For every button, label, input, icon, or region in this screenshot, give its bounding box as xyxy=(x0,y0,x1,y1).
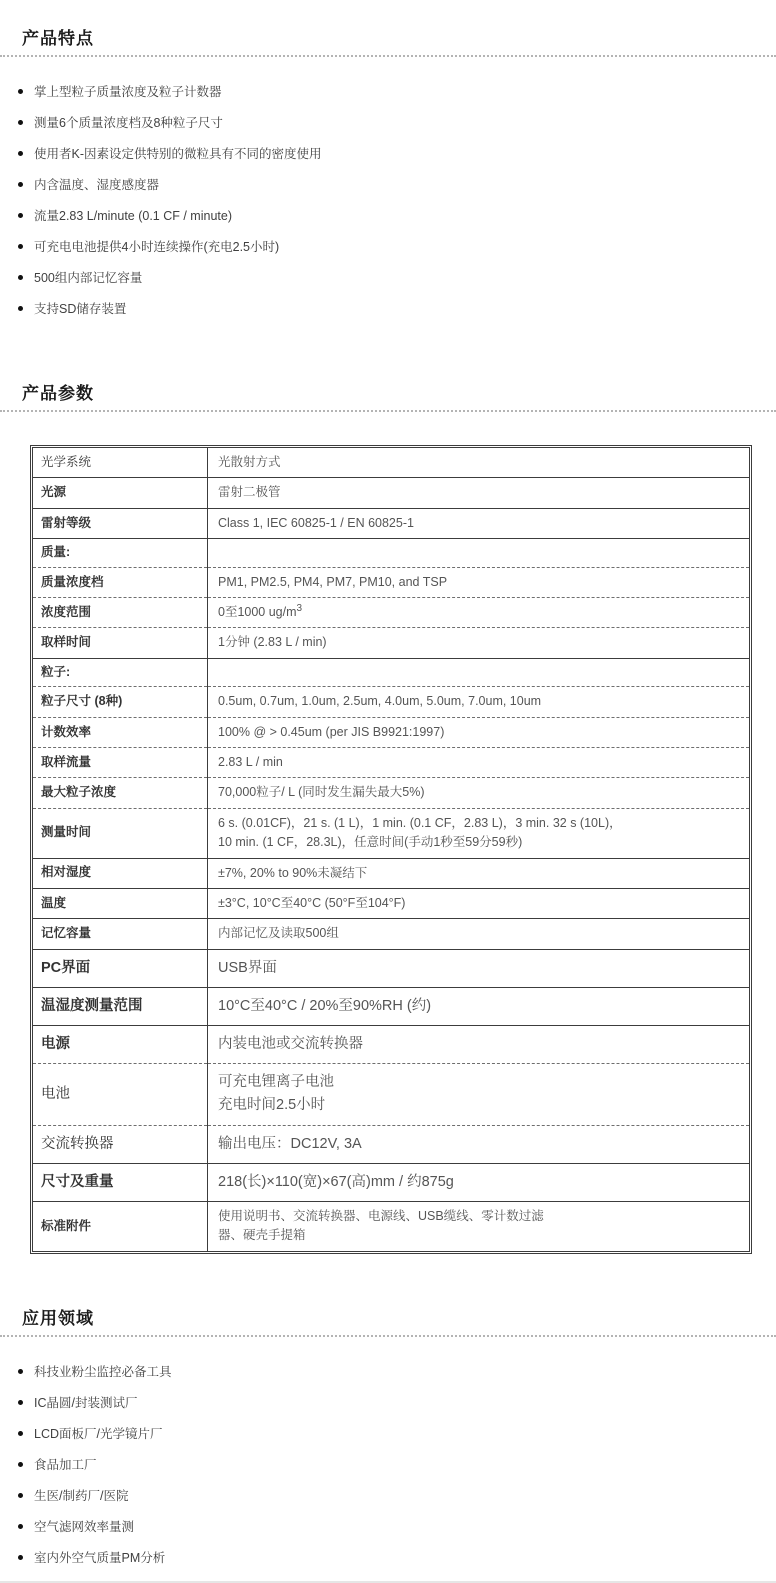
spec-value xyxy=(208,658,750,687)
spec-label: 电源 xyxy=(33,1026,208,1064)
spec-row: 计数效率100% @ > 0.45um (per JIS B9921:1997) xyxy=(33,717,750,747)
bullet-icon xyxy=(18,1462,23,1467)
spec-label: 光源 xyxy=(33,478,208,508)
spec-label: 取样时间 xyxy=(33,628,208,658)
section-applications: 应用领域 科技业粉尘监控必备工具IC晶圆/封装测试厂LCD面板厂/光学镜片厂食品… xyxy=(0,1304,776,1566)
list-item: 内含温度、湿度感度器 xyxy=(18,177,776,193)
list-item-text: 使用者K-因素设定供特别的微粒具有不同的密度使用 xyxy=(34,146,322,162)
specs-title: 产品参数 xyxy=(22,379,776,404)
spec-row: 标准附件使用说明书、交流转换器、电源线、USB缆线、零计数过滤器、硬壳手提箱 xyxy=(33,1201,750,1251)
bullet-icon xyxy=(18,182,23,187)
spec-table-frame: 光学系统光散射方式光源雷射二极管雷射等级Class 1, IEC 60825-1… xyxy=(30,445,752,1254)
spec-row: 尺寸及重量218(长)×110(宽)×67(高)mm / 约875g xyxy=(33,1163,750,1201)
list-item-text: 科技业粉尘监控必备工具 xyxy=(34,1364,172,1380)
spec-label: 计数效率 xyxy=(33,717,208,747)
spec-label: 雷射等级 xyxy=(33,508,208,538)
list-item-text: 掌上型粒子质量浓度及粒子计数器 xyxy=(34,84,222,100)
spec-label: 粒子尺寸 (8种) xyxy=(33,687,208,717)
features-list: 掌上型粒子质量浓度及粒子计数器测量6个质量浓度档及8种粒子尺寸使用者K-因素设定… xyxy=(0,84,776,317)
section-specs: 产品参数 光学系统光散射方式光源雷射二极管雷射等级Class 1, IEC 60… xyxy=(0,379,776,1254)
specs-header: 产品参数 xyxy=(0,379,776,412)
section-features: 产品特点 掌上型粒子质量浓度及粒子计数器测量6个质量浓度档及8种粒子尺寸使用者K… xyxy=(0,24,776,317)
spec-value: 输出电压：DC12V, 3A xyxy=(208,1125,750,1163)
spec-value: 2.83 L / min xyxy=(208,748,750,778)
applications-list: 科技业粉尘监控必备工具IC晶圆/封装测试厂LCD面板厂/光学镜片厂食品加工厂生医… xyxy=(0,1364,776,1566)
spec-value: USB界面 xyxy=(208,949,750,987)
list-item-text: LCD面板厂/光学镜片厂 xyxy=(34,1426,162,1442)
list-item: 科技业粉尘监控必备工具 xyxy=(18,1364,776,1380)
bullet-icon xyxy=(18,1555,23,1560)
list-item-text: 食品加工厂 xyxy=(34,1457,97,1473)
bullet-icon xyxy=(18,213,23,218)
spec-label: 温湿度测量范围 xyxy=(33,987,208,1025)
list-item-text: 测量6个质量浓度档及8种粒子尺寸 xyxy=(34,115,223,131)
spec-value: 10°C至40°C / 20%至90%RH (约) xyxy=(208,987,750,1025)
spec-value: Class 1, IEC 60825-1 / EN 60825-1 xyxy=(208,508,750,538)
list-item-text: 支持SD储存装置 xyxy=(34,301,126,317)
bullet-icon xyxy=(18,120,23,125)
list-item: 测量6个质量浓度档及8种粒子尺寸 xyxy=(18,115,776,131)
spec-label: 温度 xyxy=(33,888,208,918)
spec-row: 粒子尺寸 (8种)0.5um, 0.7um, 1.0um, 2.5um, 4.0… xyxy=(33,687,750,717)
spec-value: 70,000粒子/ L (同时发生漏失最大5%) xyxy=(208,778,750,808)
spec-label: 质量: xyxy=(33,539,208,568)
spec-value: 218(长)×110(宽)×67(高)mm / 约875g xyxy=(208,1163,750,1201)
spec-value xyxy=(208,539,750,568)
list-item-text: 室内外空气质量PM分析 xyxy=(34,1550,165,1566)
spec-value: 内装电池或交流转换器 xyxy=(208,1026,750,1064)
spec-value: ±7%, 20% to 90%未凝结下 xyxy=(208,858,750,888)
spec-label: 尺寸及重量 xyxy=(33,1163,208,1201)
spec-value: 1分钟 (2.83 L / min) xyxy=(208,628,750,658)
spec-label: 交流转换器 xyxy=(33,1125,208,1163)
superscript: 3 xyxy=(297,603,303,614)
applications-title: 应用领域 xyxy=(22,1304,776,1329)
spec-label: 质量浓度档 xyxy=(33,567,208,597)
spec-row: 质量: xyxy=(33,539,750,568)
list-item: 500组内部记忆容量 xyxy=(18,270,776,286)
spec-label: 相对湿度 xyxy=(33,858,208,888)
list-item: 室内外空气质量PM分析 xyxy=(18,1550,776,1566)
spec-row: 测量时间6 s. (0.01CF)，21 s. (1 L)，1 min. (0.… xyxy=(33,808,750,858)
spec-row: 最大粒子浓度70,000粒子/ L (同时发生漏失最大5%) xyxy=(33,778,750,808)
spec-value: 0.5um, 0.7um, 1.0um, 2.5um, 4.0um, 5.0um… xyxy=(208,687,750,717)
spec-row: 光源雷射二极管 xyxy=(33,478,750,508)
list-item-text: 流量2.83 L/minute (0.1 CF / minute) xyxy=(34,208,232,224)
spec-value: 雷射二极管 xyxy=(208,478,750,508)
list-item: IC晶圆/封装测试厂 xyxy=(18,1395,776,1411)
spec-value: 6 s. (0.01CF)，21 s. (1 L)，1 min. (0.1 CF… xyxy=(208,808,750,858)
bullet-icon xyxy=(18,275,23,280)
applications-header: 应用领域 xyxy=(0,1304,776,1337)
spec-value: 100% @ > 0.45um (per JIS B9921:1997) xyxy=(208,717,750,747)
spec-value: 可充电锂离子电池充电时间2.5小时 xyxy=(208,1064,750,1125)
spec-value: 0至1000 ug/m3 xyxy=(208,598,750,628)
spec-row: 电源内装电池或交流转换器 xyxy=(33,1026,750,1064)
spec-row: 取样流量2.83 L / min xyxy=(33,748,750,778)
spec-value: 内部记忆及读取500组 xyxy=(208,919,750,949)
bullet-icon xyxy=(18,1524,23,1529)
spec-row: 相对湿度±7%, 20% to 90%未凝结下 xyxy=(33,858,750,888)
spec-row: 记忆容量内部记忆及读取500组 xyxy=(33,919,750,949)
list-item-text: 可充电电池提供4小时连续操作(充电2.5小时) xyxy=(34,239,279,255)
spec-value: 使用说明书、交流转换器、电源线、USB缆线、零计数过滤器、硬壳手提箱 xyxy=(208,1201,750,1251)
spec-label: 测量时间 xyxy=(33,808,208,858)
list-item: 食品加工厂 xyxy=(18,1457,776,1473)
bullet-icon xyxy=(18,1493,23,1498)
spec-row: 浓度范围0至1000 ug/m3 xyxy=(33,598,750,628)
spec-row: 电池可充电锂离子电池充电时间2.5小时 xyxy=(33,1064,750,1125)
spec-label: 电池 xyxy=(33,1064,208,1125)
spec-row: 取样时间1分钟 (2.83 L / min) xyxy=(33,628,750,658)
list-item: 可充电电池提供4小时连续操作(充电2.5小时) xyxy=(18,239,776,255)
spec-row: 温湿度测量范围10°C至40°C / 20%至90%RH (约) xyxy=(33,987,750,1025)
list-item: 使用者K-因素设定供特别的微粒具有不同的密度使用 xyxy=(18,146,776,162)
list-item-text: 500组内部记忆容量 xyxy=(34,270,142,286)
list-item: 生医/制药厂/医院 xyxy=(18,1488,776,1504)
spec-label: 浓度范围 xyxy=(33,598,208,628)
list-item: 流量2.83 L/minute (0.1 CF / minute) xyxy=(18,208,776,224)
spec-row: 质量浓度档PM1, PM2.5, PM4, PM7, PM10, and TSP xyxy=(33,567,750,597)
spec-label: PC界面 xyxy=(33,949,208,987)
spec-row: PC界面USB界面 xyxy=(33,949,750,987)
features-header: 产品特点 xyxy=(0,24,776,57)
spec-label: 标准附件 xyxy=(33,1201,208,1251)
spec-table: 光学系统光散射方式光源雷射二极管雷射等级Class 1, IEC 60825-1… xyxy=(32,447,750,1252)
spec-row: 交流转换器输出电压：DC12V, 3A xyxy=(33,1125,750,1163)
bullet-icon xyxy=(18,1431,23,1436)
bullet-icon xyxy=(18,151,23,156)
list-item: 支持SD储存装置 xyxy=(18,301,776,317)
features-title: 产品特点 xyxy=(22,24,776,49)
spec-row: 光学系统光散射方式 xyxy=(33,448,750,478)
bullet-icon xyxy=(18,89,23,94)
spec-value: 光散射方式 xyxy=(208,448,750,478)
list-item-text: IC晶圆/封装测试厂 xyxy=(34,1395,137,1411)
product-detail-page: 产品特点 掌上型粒子质量浓度及粒子计数器测量6个质量浓度档及8种粒子尺寸使用者K… xyxy=(0,0,776,1583)
list-item: 空气滤网效率量测 xyxy=(18,1519,776,1535)
spec-label: 最大粒子浓度 xyxy=(33,778,208,808)
spec-value: ±3°C, 10°C至40°C (50°F至104°F) xyxy=(208,888,750,918)
bullet-icon xyxy=(18,306,23,311)
spec-label: 粒子: xyxy=(33,658,208,687)
spec-label: 取样流量 xyxy=(33,748,208,778)
bullet-icon xyxy=(18,1400,23,1405)
spec-row: 雷射等级Class 1, IEC 60825-1 / EN 60825-1 xyxy=(33,508,750,538)
bullet-icon xyxy=(18,1369,23,1374)
spec-label: 记忆容量 xyxy=(33,919,208,949)
spec-row: 粒子: xyxy=(33,658,750,687)
bullet-icon xyxy=(18,244,23,249)
list-item: LCD面板厂/光学镜片厂 xyxy=(18,1426,776,1442)
spec-label: 光学系统 xyxy=(33,448,208,478)
list-item-text: 内含温度、湿度感度器 xyxy=(34,177,159,193)
list-item: 掌上型粒子质量浓度及粒子计数器 xyxy=(18,84,776,100)
list-item-text: 空气滤网效率量测 xyxy=(34,1519,134,1535)
list-item-text: 生医/制药厂/医院 xyxy=(34,1488,128,1504)
spec-row: 温度±3°C, 10°C至40°C (50°F至104°F) xyxy=(33,888,750,918)
spec-value: PM1, PM2.5, PM4, PM7, PM10, and TSP xyxy=(208,567,750,597)
